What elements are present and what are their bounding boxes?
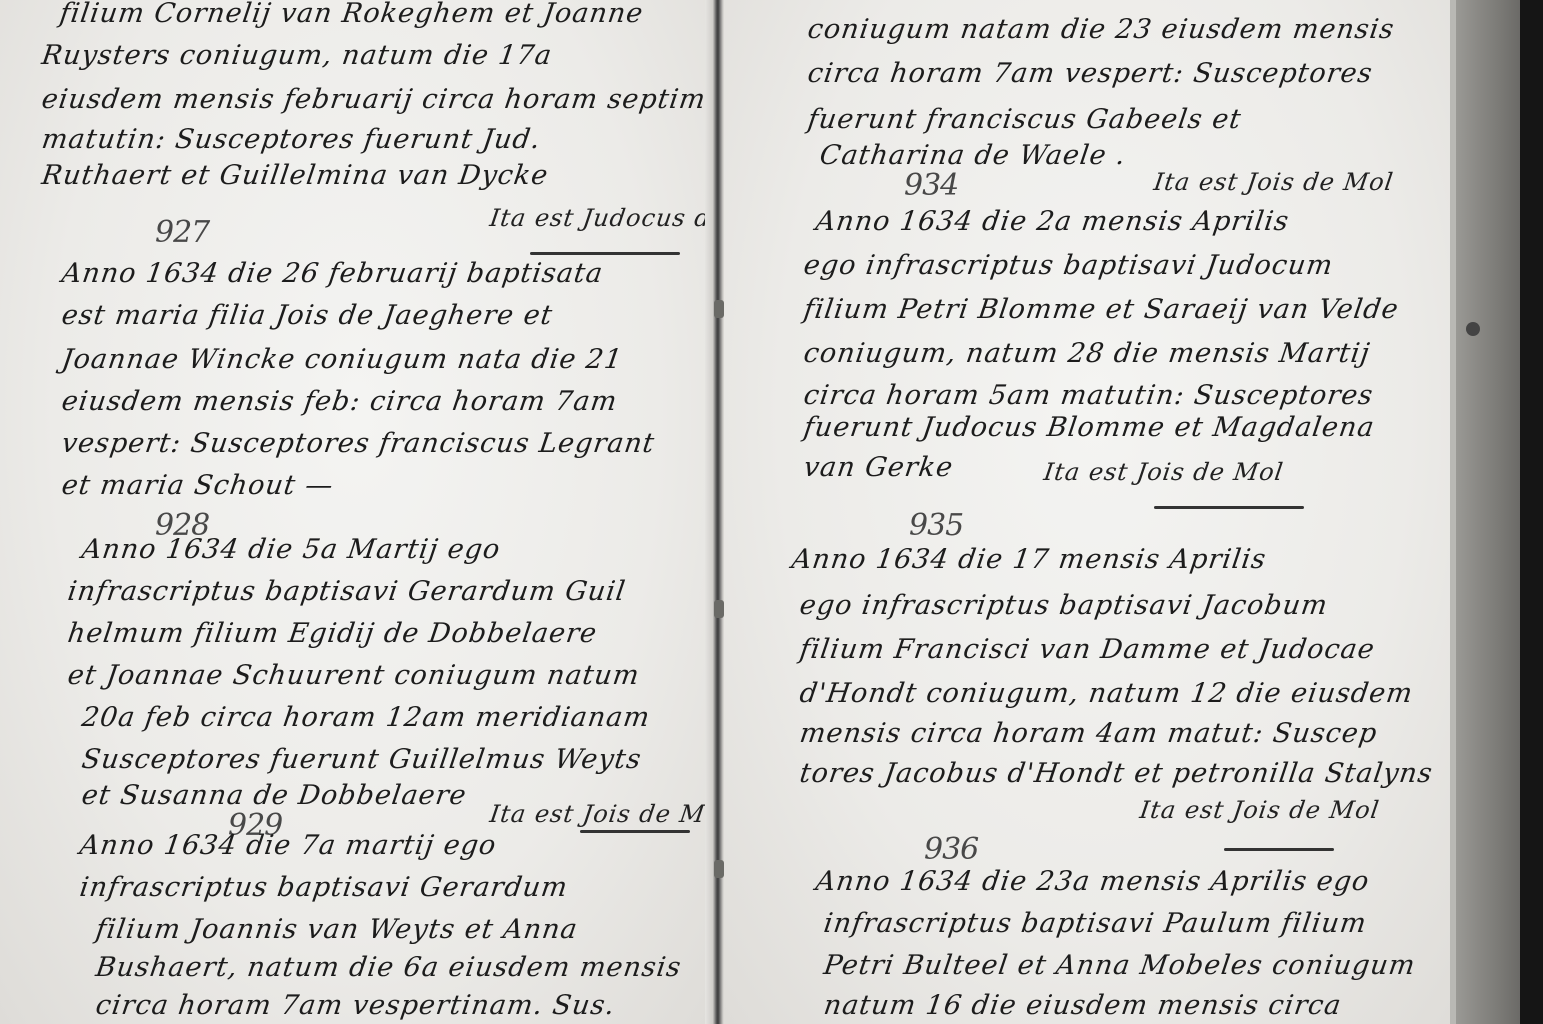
manuscript-line: filium Petri Blomme et Saraeij van Velde <box>802 294 1401 325</box>
entry-number: 927 <box>155 215 209 250</box>
manuscript-line: Ruysters coniugum, natum die 17a <box>40 40 554 71</box>
manuscript-line: vespert: Susceptores franciscus Legrant <box>60 428 657 459</box>
manuscript-line: infrascriptus baptisavi Paulum filium <box>822 908 1369 939</box>
background-shadow <box>1520 0 1543 1024</box>
manuscript-line: tores Jacobus d'Hondt et petronilla Stal… <box>798 758 1435 789</box>
priest-signature: Ita est Jois de Mol <box>1042 458 1285 486</box>
left-page: filium Cornelij van Rokeghem et Joanne R… <box>0 0 712 1024</box>
manuscript-line: coniugum, natum 28 die mensis Martij <box>802 338 1372 369</box>
priest-signature: Ita est Judocus de Mol <box>488 204 712 232</box>
manuscript-line: fuerunt franciscus Gabeels et <box>806 104 1244 135</box>
manuscript-line: circa horam 5am matutin: Susceptores <box>802 380 1376 411</box>
manuscript-line: d'Hondt coniugum, natum 12 die eiusdem <box>798 678 1415 709</box>
manuscript-line: Joannae Wincke coniugum nata die 21 <box>60 344 625 375</box>
manuscript-line: fuerunt Judocus Blomme et Magdalena <box>802 412 1377 443</box>
entry-number: 935 <box>909 508 963 543</box>
manuscript-line: van Gerke <box>802 452 955 483</box>
manuscript-line: ego infrascriptus baptisavi Jacobum <box>798 590 1330 621</box>
entry-number: 936 <box>924 832 978 867</box>
manuscript-line: eiusdem mensis feb: circa horam 7am <box>60 386 620 417</box>
manuscript-line: eiusdem mensis februarij circa horam sep… <box>40 84 708 115</box>
binding-thread <box>714 300 724 318</box>
priest-signature: Ita est Jois de Mol <box>1138 796 1381 824</box>
entry-separator <box>1154 506 1304 509</box>
manuscript-line: est maria filia Jois de Jaeghere et <box>60 300 555 331</box>
manuscript-line: circa horam 7am vespertinam. Sus. <box>94 990 617 1021</box>
binding-thread <box>714 860 724 878</box>
manuscript-line: Anno 1634 die 5a Martij ego <box>80 534 503 565</box>
entry-separator <box>1224 848 1334 851</box>
entry-number: 934 <box>904 168 958 203</box>
right-page: coniugum natam die 23 eiusdem mensis cir… <box>724 0 1464 1024</box>
entry-separator <box>580 830 690 833</box>
manuscript-line: coniugum natam die 23 eiusdem mensis <box>806 14 1397 45</box>
manuscript-line: Anno 1634 die 23a mensis Aprilis ego <box>814 866 1372 897</box>
manuscript-line: ego infrascriptus baptisavi Judocum <box>802 250 1335 281</box>
priest-signature: Ita est Jois de Mol <box>1152 168 1395 196</box>
manuscript-line: filium Francisci van Damme et Judocae <box>798 634 1377 665</box>
manuscript-line: matutin: Susceptores fuerunt Jud. <box>40 124 543 155</box>
binding-hole <box>1466 322 1480 336</box>
manuscript-line: 20a feb circa horam 12am meridianam <box>80 702 652 733</box>
manuscript-line: Anno 1634 die 7a martij ego <box>78 830 499 861</box>
manuscript-line: Catharina de Waele . <box>818 140 1128 171</box>
manuscript-line: filium Joannis van Weyts et Anna <box>94 914 580 945</box>
manuscript-line: et Susanna de Dobbelaere <box>80 780 469 811</box>
manuscript-line: filium Cornelij van Rokeghem et Joanne <box>58 0 646 29</box>
manuscript-line: Petri Bulteel et Anna Mobeles coniugum <box>822 950 1418 981</box>
manuscript-line: et maria Schout — <box>60 470 336 501</box>
manuscript-line: infrascriptus baptisavi Gerardum <box>78 872 570 903</box>
manuscript-line: natum 16 die eiusdem mensis circa <box>822 990 1344 1021</box>
manuscript-line: Susceptores fuerunt Guillelmus Weyts <box>80 744 644 775</box>
manuscript-line: et Joannae Schuurent coniugum natum <box>66 660 642 691</box>
manuscript-line: helmum filium Egidij de Dobbelaere <box>66 618 599 649</box>
entry-separator <box>530 252 680 255</box>
manuscript-line: Anno 1634 die 2a mensis Aprilis <box>814 206 1291 237</box>
manuscript-line: Bushaert, natum die 6a eiusdem mensis <box>94 952 684 983</box>
manuscript-line: Anno 1634 die 17 mensis Aprilis <box>790 544 1269 575</box>
manuscript-line: Anno 1634 die 26 februarij baptisata <box>60 258 605 289</box>
manuscript-line: circa horam 7am vespert: Susceptores <box>806 58 1375 89</box>
manuscript-line: mensis circa horam 4am matut: Suscep <box>798 718 1380 749</box>
manuscript-line: infrascriptus baptisavi Gerardum Guil <box>66 576 628 607</box>
manuscript-line: Ruthaert et Guillelmina van Dycke <box>40 160 551 191</box>
manuscript-spread: filium Cornelij van Rokeghem et Joanne R… <box>0 0 1543 1024</box>
binding-thread <box>714 600 724 618</box>
priest-signature: Ita est Jois de Mol <box>488 800 712 828</box>
